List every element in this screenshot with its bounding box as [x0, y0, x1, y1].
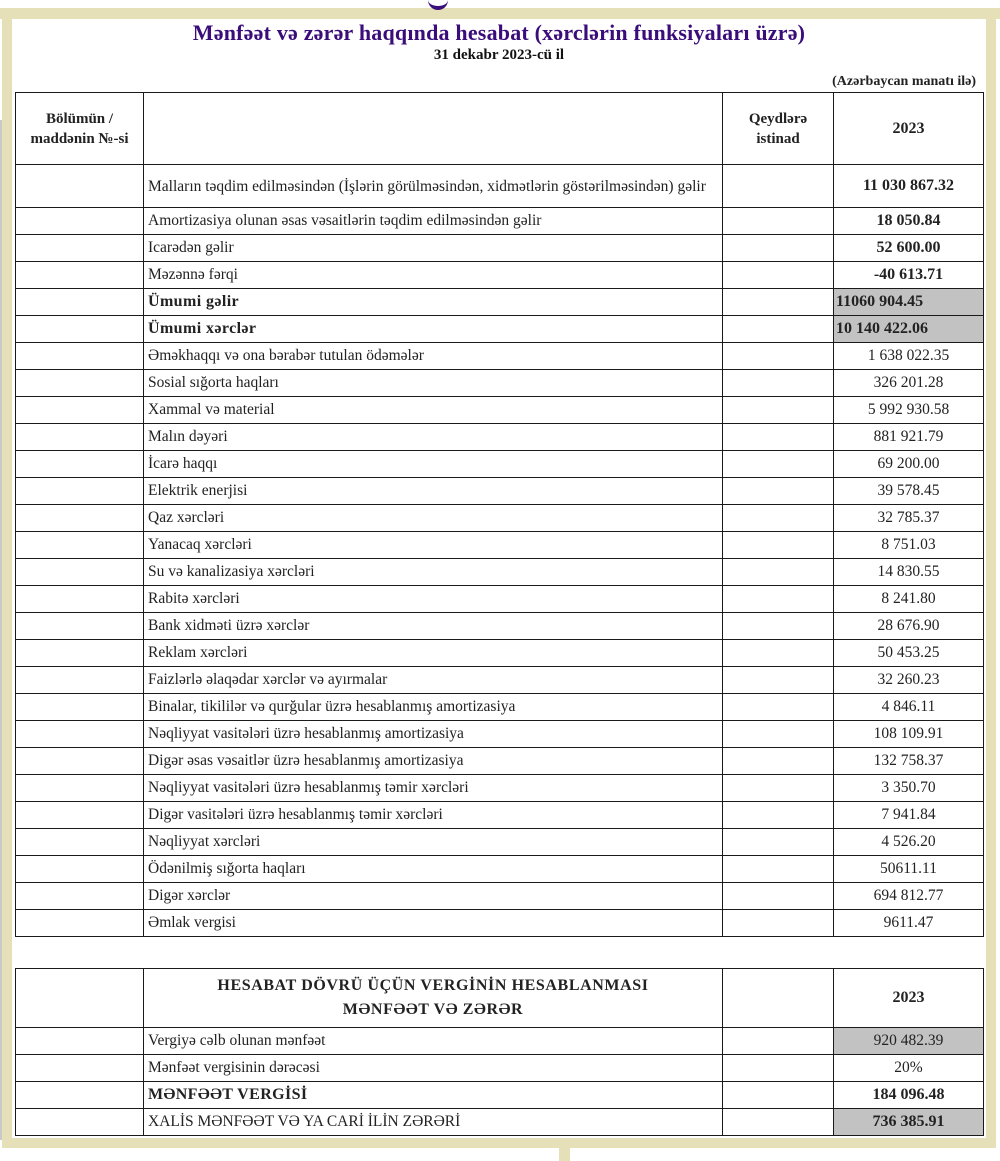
- section-number-cell: [16, 802, 144, 829]
- row-label: Malın dəyəri: [144, 424, 723, 451]
- row-label: Xammal və material: [144, 397, 723, 424]
- table-row: XALİS MƏNFƏƏT VƏ YA CARİ İLİN ZƏRƏRİ736 …: [16, 1109, 984, 1136]
- table-row: Əmlak vergisi9611.47: [16, 910, 984, 937]
- tax-section-title-line1: HESABAT DÖVRÜ ÜÇÜN VERGİNİN HESABLANMASI: [217, 977, 648, 994]
- table-row: Rabitə xərcləri8 241.80: [16, 586, 984, 613]
- row-value: 9611.47: [834, 910, 984, 937]
- notes-reference-cell: [723, 748, 834, 775]
- table-row: Nəqliyyat vasitələri üzrə hesablanmış tə…: [16, 775, 984, 802]
- row-label: Binalar, tikililər və qurğular üzrə hesa…: [144, 694, 723, 721]
- notes-reference-cell: [723, 1055, 834, 1082]
- table-row: Əməkhaqqı və ona bərabər tutulan ödəmələ…: [16, 343, 984, 370]
- report-title: Mənfəət və zərər haqqında hesabat (xərcl…: [12, 20, 986, 46]
- table-row: Bank xidməti üzrə xərclər28 676.90: [16, 613, 984, 640]
- row-value: 8 751.03: [834, 532, 984, 559]
- row-label: Əməkhaqqı və ona bərabər tutulan ödəmələ…: [144, 343, 723, 370]
- row-label: Su və kanalizasiya xərcləri: [144, 559, 723, 586]
- tax-section-header-row: HESABAT DÖVRÜ ÜÇÜN VERGİNİN HESABLANMASI…: [16, 969, 984, 1028]
- row-value: 326 201.28: [834, 370, 984, 397]
- currency-note: (Azərbaycan manatı ilə): [832, 74, 976, 90]
- row-label: Qaz xərcləri: [144, 505, 723, 532]
- table-row: Yanacaq xərcləri8 751.03: [16, 532, 984, 559]
- section-number-cell: [16, 208, 144, 235]
- notes-reference-cell: [723, 1109, 834, 1136]
- header-description: [144, 93, 723, 165]
- row-label: İcarə haqqı: [144, 451, 723, 478]
- notes-reference-cell: [723, 721, 834, 748]
- row-label: Digər əsas vəsaitlər üzrə hesablanmış am…: [144, 748, 723, 775]
- tax-header-year: 2023: [834, 969, 984, 1028]
- table-row: Digər əsas vəsaitlər üzrə hesablanmış am…: [16, 748, 984, 775]
- notes-reference-cell: [723, 694, 834, 721]
- page-edge-line: [0, 120, 2, 1140]
- row-value: 39 578.45: [834, 478, 984, 505]
- section-number-cell: [16, 343, 144, 370]
- table-row: Qaz xərcləri32 785.37: [16, 505, 984, 532]
- table-row: Faizlərlə əlaqədar xərclər və ayırmalar3…: [16, 667, 984, 694]
- table-row: İcarə haqqı69 200.00: [16, 451, 984, 478]
- page-frame-left: [2, 8, 12, 1140]
- section-number-cell: [16, 451, 144, 478]
- row-label: Nəqliyyat vasitələri üzrə hesablanmış tə…: [144, 775, 723, 802]
- notes-reference-cell: [723, 640, 834, 667]
- section-number-cell: [16, 969, 144, 1028]
- row-label: Ödənilmiş sığorta haqları: [144, 856, 723, 883]
- section-number-cell: [16, 424, 144, 451]
- notes-reference-cell: [723, 802, 834, 829]
- row-label: Məzənnə fərqi: [144, 262, 723, 289]
- table-row: Elektrik enerjisi39 578.45: [16, 478, 984, 505]
- notes-reference-cell: [723, 208, 834, 235]
- row-label: MƏNFƏƏT VERGİSİ: [144, 1082, 723, 1109]
- row-label: Digər xərclər: [144, 883, 723, 910]
- row-value: -40 613.71: [834, 262, 984, 289]
- row-label: Nəqliyyat xərcləri: [144, 829, 723, 856]
- section-number-cell: [16, 748, 144, 775]
- section-number-cell: [16, 165, 144, 208]
- row-value: 50 453.25: [834, 640, 984, 667]
- row-label: Yanacaq xərcləri: [144, 532, 723, 559]
- notes-reference-cell: [723, 289, 834, 316]
- section-number-cell: [16, 613, 144, 640]
- table-row: Xammal və material5 992 930.58: [16, 397, 984, 424]
- row-value: 28 676.90: [834, 613, 984, 640]
- section-number-cell: [16, 910, 144, 937]
- notes-reference-cell: [723, 586, 834, 613]
- notes-reference-cell: [723, 316, 834, 343]
- row-value: 3 350.70: [834, 775, 984, 802]
- section-number-cell: [16, 856, 144, 883]
- income-statement-table: Bölümün / maddənin №-si Qeydlərə istinad…: [15, 92, 984, 937]
- table-row: Binalar, tikililər və qurğular üzrə hesa…: [16, 694, 984, 721]
- notes-reference-cell: [723, 343, 834, 370]
- row-label: Mənfəət vergisinin dərəcəsi: [144, 1055, 723, 1082]
- section-number-cell: [16, 1055, 144, 1082]
- page-frame-top: [0, 8, 1000, 19]
- row-value: 1 638 022.35: [834, 343, 984, 370]
- notes-reference-cell: [723, 775, 834, 802]
- section-number-cell: [16, 829, 144, 856]
- row-label: Rabitə xərcləri: [144, 586, 723, 613]
- notes-reference-cell: [723, 829, 834, 856]
- section-number-cell: [16, 640, 144, 667]
- header-notes-reference: Qeydlərə istinad: [723, 93, 834, 165]
- section-number-cell: [16, 532, 144, 559]
- notes-reference-cell: [723, 505, 834, 532]
- section-number-cell: [16, 316, 144, 343]
- row-label: Digər vasitələri üzrə hesablanmış təmir …: [144, 802, 723, 829]
- row-label: XALİS MƏNFƏƏT VƏ YA CARİ İLİN ZƏRƏRİ: [144, 1109, 723, 1136]
- row-label: Ümumi xərclər: [144, 316, 723, 343]
- row-label: Icarədən gəlir: [144, 235, 723, 262]
- table-row: Ümumi xərclər10 140 422.06: [16, 316, 984, 343]
- table-row: Malın dəyəri881 921.79: [16, 424, 984, 451]
- row-value: 4 846.11: [834, 694, 984, 721]
- section-number-cell: [16, 667, 144, 694]
- table-row: Mənfəət vergisinin dərəcəsi20%: [16, 1055, 984, 1082]
- row-value: 20%: [834, 1055, 984, 1082]
- notes-reference-cell: [723, 397, 834, 424]
- notes-reference-cell: [723, 370, 834, 397]
- row-value: 5 992 930.58: [834, 397, 984, 424]
- notes-reference-cell: [723, 1082, 834, 1109]
- section-number-cell: [16, 586, 144, 613]
- row-label: Ümumi gəlir: [144, 289, 723, 316]
- row-label: Amortizasiya olunan əsas vəsaitlərin təq…: [144, 208, 723, 235]
- table-row: Ödənilmiş sığorta haqları50611.11: [16, 856, 984, 883]
- row-value: 8 241.80: [834, 586, 984, 613]
- section-number-cell: [16, 1082, 144, 1109]
- table-row: Sosial sığorta haqları326 201.28: [16, 370, 984, 397]
- row-value: 7 941.84: [834, 802, 984, 829]
- table-header-row: Bölümün / maddənin №-si Qeydlərə istinad…: [16, 93, 984, 165]
- row-value: 4 526.20: [834, 829, 984, 856]
- notes-reference-cell: [723, 235, 834, 262]
- row-value: 52 600.00: [834, 235, 984, 262]
- row-label: Malların təqdim edilməsindən (İşlərin gö…: [144, 165, 723, 208]
- row-value: 18 050.84: [834, 208, 984, 235]
- tax-section-title-line2: MƏNFƏƏT VƏ ZƏRƏR: [343, 1001, 523, 1018]
- section-number-cell: [16, 505, 144, 532]
- page-frame-stub: [559, 1138, 570, 1161]
- section-number-cell: [16, 883, 144, 910]
- table-row: Nəqliyyat vasitələri üzrə hesablanmış am…: [16, 721, 984, 748]
- section-number-cell: [16, 397, 144, 424]
- section-number-cell: [16, 1028, 144, 1055]
- notes-reference-cell: [723, 856, 834, 883]
- row-label: Bank xidməti üzrə xərclər: [144, 613, 723, 640]
- notes-reference-cell: [723, 451, 834, 478]
- row-value: 32 260.23: [834, 667, 984, 694]
- tax-section-title: HESABAT DÖVRÜ ÜÇÜN VERGİNİN HESABLANMASI…: [144, 969, 723, 1028]
- row-value: 694 812.77: [834, 883, 984, 910]
- row-value: 108 109.91: [834, 721, 984, 748]
- notes-reference-cell: [723, 165, 834, 208]
- row-value: 10 140 422.06: [834, 316, 984, 343]
- row-value: 184 096.48: [834, 1082, 984, 1109]
- notes-reference-cell: [723, 969, 834, 1028]
- table-row: Icarədən gəlir52 600.00: [16, 235, 984, 262]
- report-date: 31 dekabr 2023-cü il: [12, 47, 986, 64]
- notes-reference-cell: [723, 1028, 834, 1055]
- section-number-cell: [16, 289, 144, 316]
- section-number-cell: [16, 235, 144, 262]
- section-number-cell: [16, 1109, 144, 1136]
- table-row: Nəqliyyat xərcləri4 526.20: [16, 829, 984, 856]
- notes-reference-cell: [723, 667, 834, 694]
- row-label: Elektrik enerjisi: [144, 478, 723, 505]
- row-label: Faizlərlə əlaqədar xərclər və ayırmalar: [144, 667, 723, 694]
- row-value: 11060 904.45: [834, 289, 984, 316]
- row-label: Əmlak vergisi: [144, 910, 723, 937]
- row-label: Reklam xərcləri: [144, 640, 723, 667]
- row-value: 69 200.00: [834, 451, 984, 478]
- row-value: 14 830.55: [834, 559, 984, 586]
- notes-reference-cell: [723, 424, 834, 451]
- notes-reference-cell: [723, 910, 834, 937]
- table-row: Amortizasiya olunan əsas vəsaitlərin təq…: [16, 208, 984, 235]
- section-number-cell: [16, 694, 144, 721]
- header-year: 2023: [834, 93, 984, 165]
- tax-calculation-table: HESABAT DÖVRÜ ÜÇÜN VERGİNİN HESABLANMASI…: [15, 968, 984, 1136]
- row-label: Nəqliyyat vasitələri üzrə hesablanmış am…: [144, 721, 723, 748]
- table-row: Digər xərclər694 812.77: [16, 883, 984, 910]
- table-row: MƏNFƏƏT VERGİSİ184 096.48: [16, 1082, 984, 1109]
- row-label: Vergiyə cəlb olunan mənfəət: [144, 1028, 723, 1055]
- notes-reference-cell: [723, 559, 834, 586]
- row-value: 736 385.91: [834, 1109, 984, 1136]
- section-number-cell: [16, 262, 144, 289]
- table-row: Su və kanalizasiya xərcləri14 830.55: [16, 559, 984, 586]
- table-row: Digər vasitələri üzrə hesablanmış təmir …: [16, 802, 984, 829]
- section-number-cell: [16, 559, 144, 586]
- row-value: 50611.11: [834, 856, 984, 883]
- row-value: 881 921.79: [834, 424, 984, 451]
- row-value: 132 758.37: [834, 748, 984, 775]
- section-number-cell: [16, 775, 144, 802]
- notes-reference-cell: [723, 262, 834, 289]
- row-value: 32 785.37: [834, 505, 984, 532]
- table-row: Reklam xərcləri50 453.25: [16, 640, 984, 667]
- section-number-cell: [16, 721, 144, 748]
- section-number-cell: [16, 478, 144, 505]
- page-frame-right: [986, 8, 996, 1148]
- section-number-cell: [16, 370, 144, 397]
- notes-reference-cell: [723, 478, 834, 505]
- header-section-number: Bölümün / maddənin №-si: [16, 93, 144, 165]
- row-label: Sosial sığorta haqları: [144, 370, 723, 397]
- table-row: Ümumi gəlir11060 904.45: [16, 289, 984, 316]
- row-value: 920 482.39: [834, 1028, 984, 1055]
- row-value: 11 030 867.32: [834, 165, 984, 208]
- page-frame-bottom: [2, 1138, 996, 1148]
- notes-reference-cell: [723, 532, 834, 559]
- notes-reference-cell: [723, 613, 834, 640]
- table-row: Vergiyə cəlb olunan mənfəət920 482.39: [16, 1028, 984, 1055]
- table-row: Malların təqdim edilməsindən (İşlərin gö…: [16, 165, 984, 208]
- notes-reference-cell: [723, 883, 834, 910]
- table-row: Məzənnə fərqi-40 613.71: [16, 262, 984, 289]
